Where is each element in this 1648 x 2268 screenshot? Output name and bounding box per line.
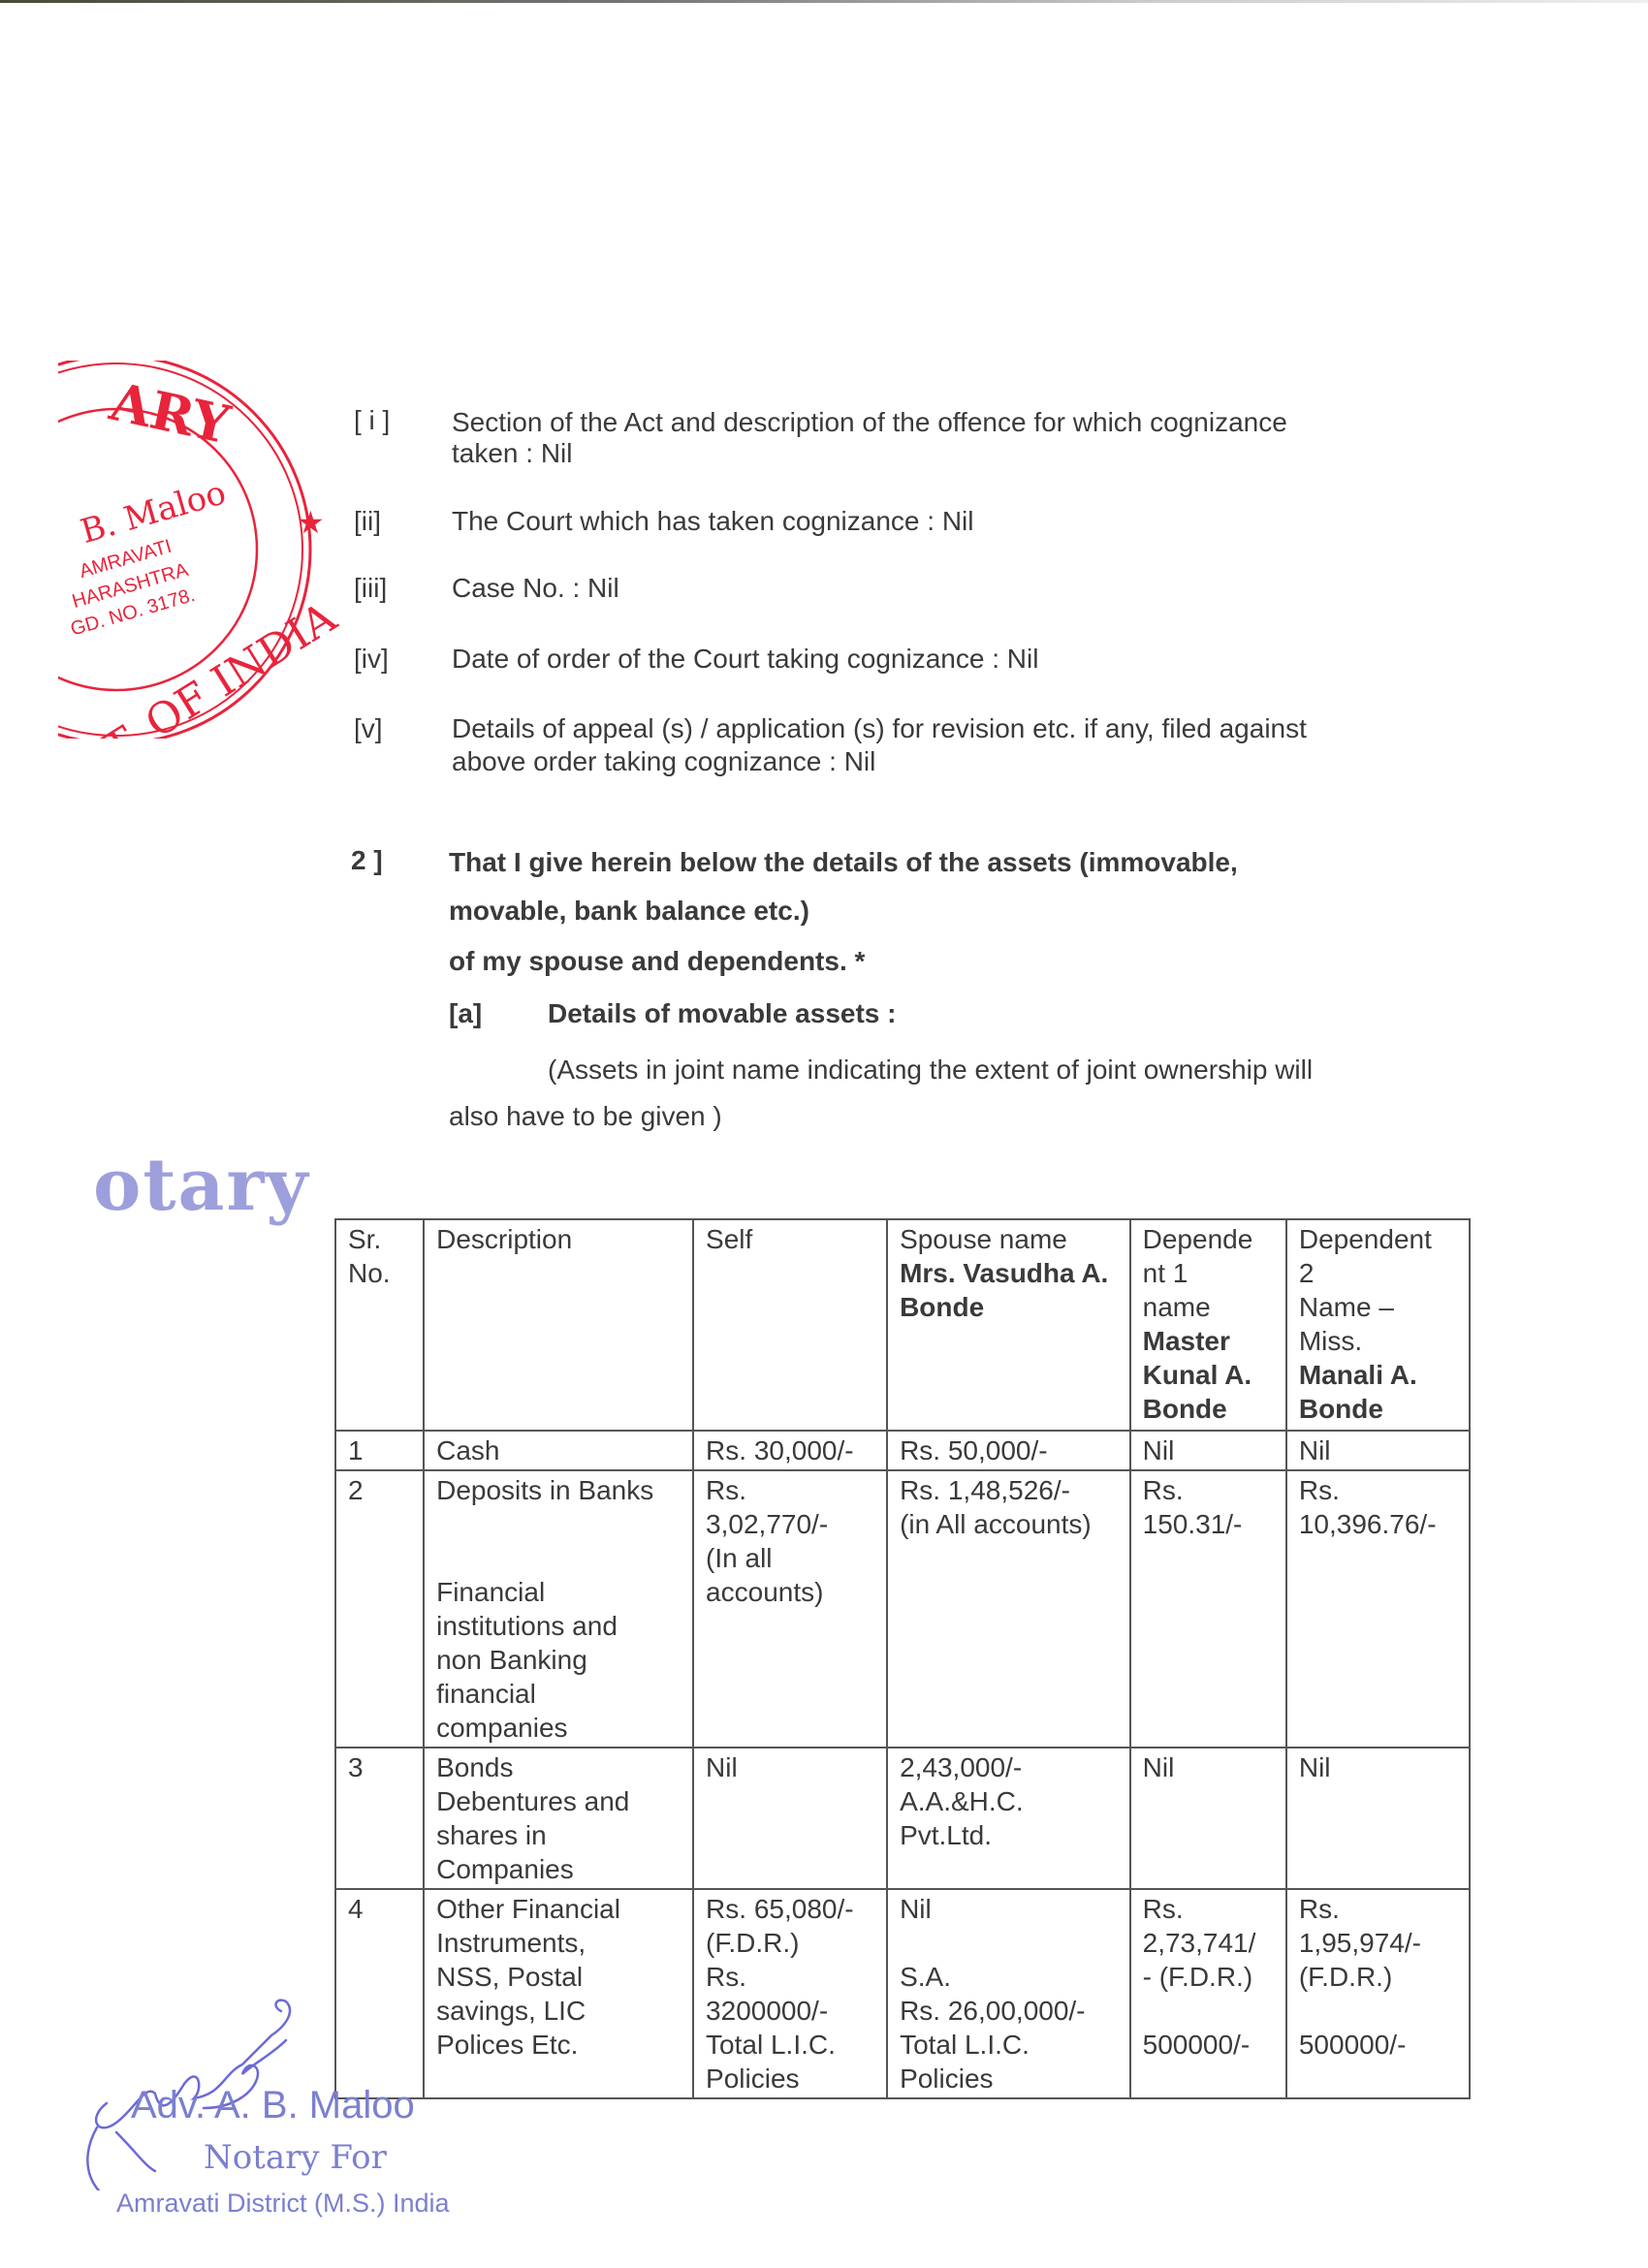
stamp-star-icon: ★ <box>297 505 325 540</box>
assets-note-line1: (Assets in joint name indicating the ext… <box>548 1055 1313 1086</box>
item-iii-text: Case No. : Nil <box>452 573 619 604</box>
table-row: 3BondsDebentures andshares inCompaniesNi… <box>335 1748 1470 1889</box>
cell-spouse: Rs. 1,48,526/-(in All accounts) <box>887 1470 1130 1748</box>
notary-for: Notary For <box>204 2138 387 2177</box>
notary-district: Amravati District (M.S.) India <box>116 2189 450 2219</box>
assets-note-line2: also have to be given ) <box>449 1101 722 1132</box>
subsection-a-marker: [a] <box>449 998 482 1029</box>
cell-sr-no: 1 <box>335 1431 424 1470</box>
cell-description: Cash <box>424 1431 693 1470</box>
item-v-text-2: above order taking cognizance : Nil <box>452 746 875 777</box>
section-2-line2: movable, bank balance etc.) <box>449 896 809 927</box>
cell-dep1: Rs.150.31/- <box>1130 1470 1286 1748</box>
movable-assets-table: Sr.No. Description Self Spouse name Mrs.… <box>334 1218 1471 2099</box>
spouse-name: Mrs. Vasudha A. Bonde <box>900 1258 1108 1322</box>
header-description: Description <box>424 1219 693 1431</box>
cell-dep2: Nil <box>1286 1748 1470 1889</box>
item-iv-marker: [iv] <box>354 644 389 675</box>
notary-name: Adv. A. B. Maloo <box>131 2084 415 2127</box>
scan-top-edge <box>0 0 1648 3</box>
cell-description: Deposits in BanksFinancialinstitutions a… <box>424 1470 693 1748</box>
cell-self: Rs. 65,080/-(F.D.R.)Rs.3200000/-Total L.… <box>693 1889 887 2098</box>
section-2-marker: 2 ] <box>351 845 383 876</box>
cell-self: Nil <box>693 1748 887 1889</box>
section-2-line1: That I give herein below the details of … <box>449 847 1238 878</box>
cell-sr-no: 3 <box>335 1748 424 1889</box>
cell-dep2: Nil <box>1286 1431 1470 1470</box>
cell-spouse: NilS.A. Rs. 26,00,000/-Total L.I.C.Polic… <box>887 1889 1130 2098</box>
item-ii-text: The Court which has taken cognizance : N… <box>452 506 974 537</box>
cell-sr-no: 2 <box>335 1470 424 1748</box>
item-i-text-2: taken : Nil <box>452 438 573 469</box>
header-dependent-2: Dependent 2 Name – Miss. Manali A. Bonde <box>1286 1219 1470 1431</box>
notary-red-stamp: ARY B. Maloo AMRAVATI HARASHTRA GD. NO. … <box>58 361 349 739</box>
cell-self: Rs. 30,000/- <box>693 1431 887 1470</box>
cell-spouse: 2,43,000/-A.A.&H.C.Pvt.Ltd. <box>887 1748 1130 1889</box>
table-row: 1CashRs. 30,000/-Rs. 50,000/-NilNil <box>335 1431 1470 1470</box>
item-iv-text: Date of order of the Court taking cogniz… <box>452 644 1038 675</box>
cell-dep2: Rs.10,396.76/- <box>1286 1470 1470 1748</box>
item-v-marker: [v] <box>354 713 383 744</box>
table-header-row: Sr.No. Description Self Spouse name Mrs.… <box>335 1219 1470 1431</box>
cell-self: Rs.3,02,770/-(In allaccounts) <box>693 1470 887 1748</box>
item-v-text: Details of appeal (s) / application (s) … <box>452 713 1307 744</box>
header-sr-no: Sr.No. <box>335 1219 424 1431</box>
cell-description: BondsDebentures andshares inCompanies <box>424 1748 693 1889</box>
item-i-text: Section of the Act and description of th… <box>452 407 1287 438</box>
table-row: 2Deposits in BanksFinancialinstitutions … <box>335 1470 1470 1748</box>
cell-description: Other FinancialInstruments,NSS, Postalsa… <box>424 1889 693 2098</box>
item-ii-marker: [ii] <box>354 506 381 537</box>
cell-dep2: Rs.1,95,974/-(F.D.R.)500000/- <box>1286 1889 1470 2098</box>
item-i-marker: [ i ] <box>354 405 390 436</box>
section-2-line3: of my spouse and dependents. * <box>449 946 865 977</box>
cell-dep1: Nil <box>1130 1748 1286 1889</box>
item-iii-marker: [iii] <box>354 573 387 604</box>
table-row: 4Other FinancialInstruments,NSS, Postals… <box>335 1889 1470 2098</box>
header-spouse: Spouse name Mrs. Vasudha A. Bonde <box>887 1219 1130 1431</box>
cell-spouse: Rs. 50,000/- <box>887 1431 1130 1470</box>
subsection-a-title: Details of movable assets : <box>548 998 896 1029</box>
header-dependent-1: Depende nt 1 name Master Kunal A. Bonde <box>1130 1219 1286 1431</box>
cell-dep1: Nil <box>1130 1431 1286 1470</box>
notary-watermark-text: otary <box>93 1144 309 1227</box>
header-self: Self <box>693 1219 887 1431</box>
cell-dep1: Rs.2,73,741/- (F.D.R.)500000/- <box>1130 1889 1286 2098</box>
